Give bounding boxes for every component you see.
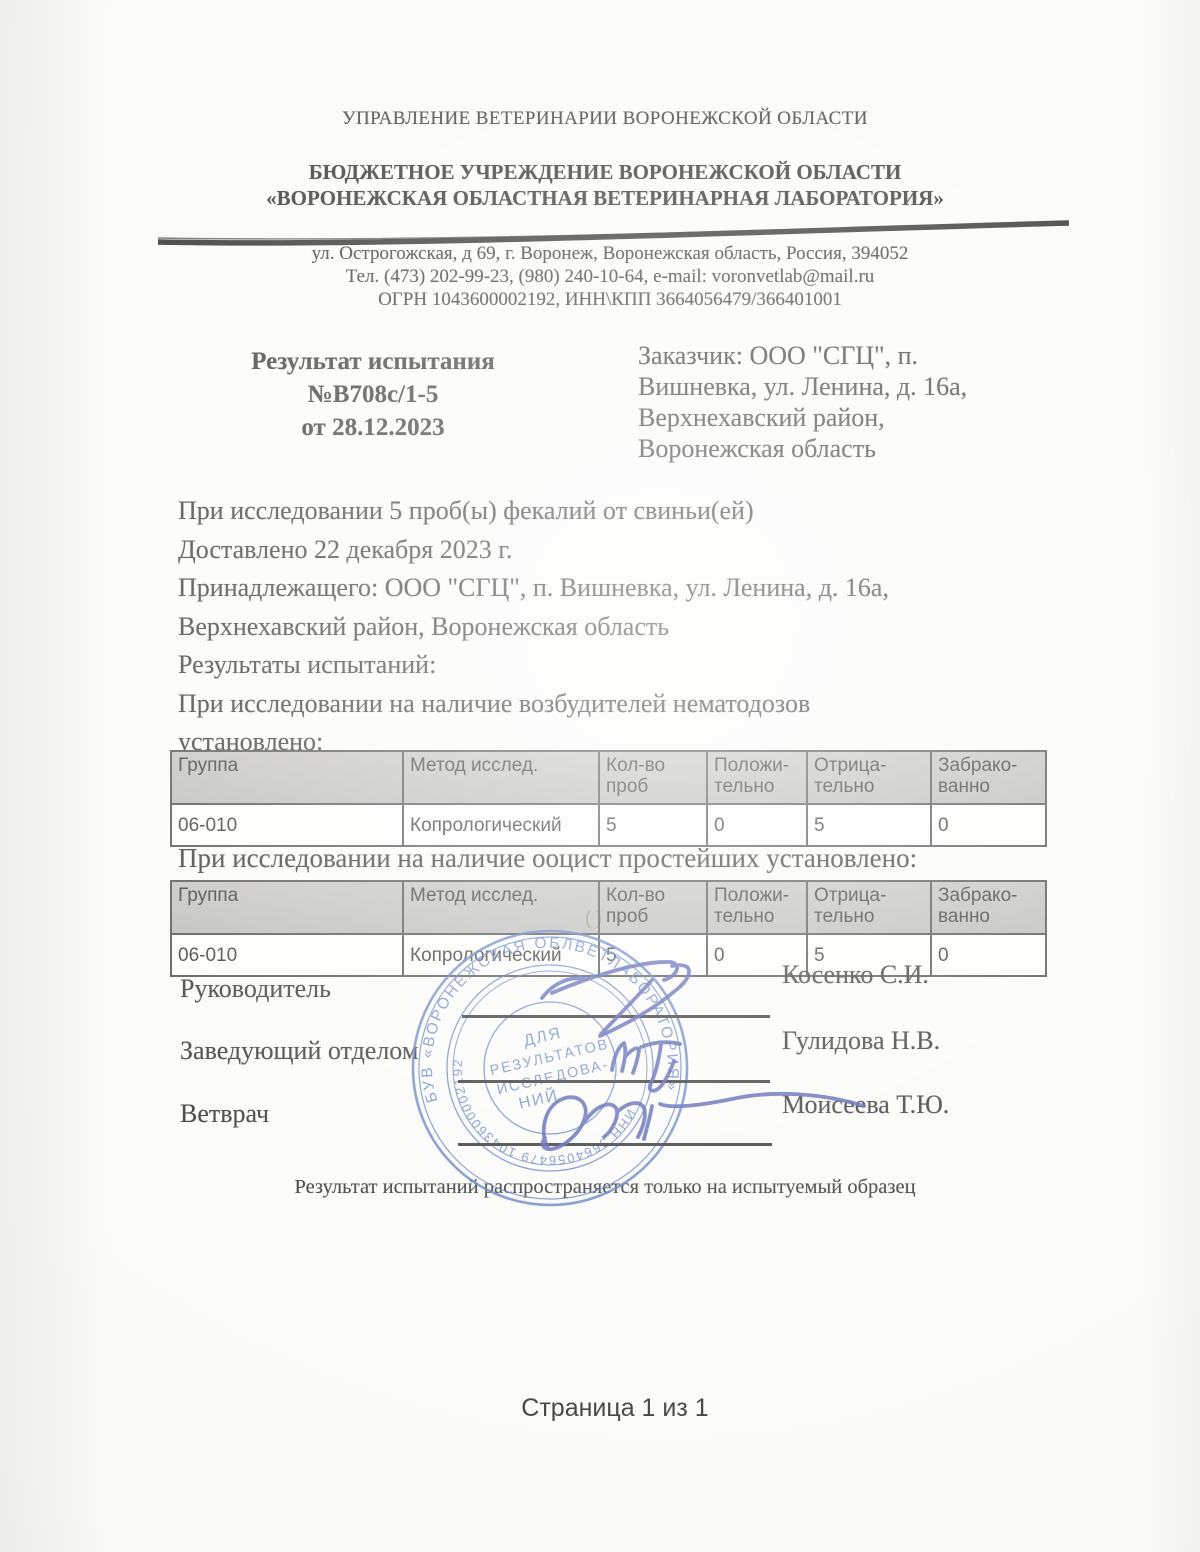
cell-sample-count: 5 bbox=[599, 804, 707, 846]
cell-rejected: 0 bbox=[931, 934, 1046, 976]
customer-line: Заказчик: ООО "СГЦ", п. bbox=[638, 340, 1028, 371]
stamp-center-line: ДЛЯ bbox=[522, 1025, 564, 1050]
cell-negative: 5 bbox=[807, 804, 931, 846]
body-line-owner-2: Верхнехавский район, Воронежская область bbox=[178, 608, 1078, 647]
cell-rejected: 0 bbox=[931, 804, 1046, 846]
result-title-block: Результат испытания №В708с/1-5 от 28.12.… bbox=[214, 345, 532, 444]
scanned-lab-report-page: УПРАВЛЕНИЕ ВЕТЕРИНАРИИ ВОРОНЕЖСКОЙ ОБЛАС… bbox=[0, 0, 1200, 1552]
cell-method: Копрологический bbox=[403, 804, 599, 846]
address-line: ул. Острогожская, д 69, г. Воронеж, Воро… bbox=[150, 243, 1070, 265]
body-line-delivered: Доставлено 22 декабря 2023 г. bbox=[178, 531, 1078, 570]
customer-line: Воронежская область bbox=[638, 433, 1028, 464]
body-line-samples: При исследовании 5 проб(ы) фекалий от св… bbox=[178, 492, 1078, 531]
oocysts-section-title: При исследовании на наличие ооцист прост… bbox=[178, 843, 917, 874]
nematodes-results-table: Группа Метод исслед. Кол-во проб Положи-… bbox=[170, 750, 1047, 847]
org-name-line1: БЮДЖЕТНОЕ УЧРЕЖДЕНИЕ ВОРОНЕЖСКОЙ ОБЛАСТИ bbox=[150, 160, 1060, 185]
body-line-results: Результаты испытаний: bbox=[178, 646, 1078, 685]
customer-line: Верхнехавский район, bbox=[638, 402, 1028, 433]
official-round-stamp: БУВ «ВОРОНЕЖСКАЯ ОБЛВЕТЛАБОРАТОРИЯ» ИНН … bbox=[380, 898, 720, 1238]
phone-line: Тел. (473) 202-99-23, (980) 240-10-64, e… bbox=[150, 266, 1070, 288]
column-header-group: Группа bbox=[171, 881, 403, 934]
signature-name-vet: Моисеева Т.Ю. bbox=[782, 1090, 949, 1120]
department-name: УПРАВЛЕНИЕ ВЕТЕРИНАРИИ ВОРОНЕЖСКОЙ ОБЛАС… bbox=[150, 108, 1060, 130]
body-line-nematodes-1: При исследовании на наличие возбудителей… bbox=[178, 685, 1078, 724]
signature-role-director: Руководитель bbox=[180, 974, 331, 1004]
customer-line: Вишневка, ул. Ленина, д. 16а, bbox=[638, 371, 1028, 402]
ogrn-line: ОГРН 1043600002192, ИНН\КПП 3664056479/3… bbox=[150, 289, 1070, 311]
result-title: Результат испытания bbox=[214, 345, 532, 378]
signature-line-dept-head bbox=[458, 1080, 770, 1083]
column-header-group: Группа bbox=[171, 751, 403, 804]
signature-name-director: Косенко С.И. bbox=[782, 960, 929, 990]
column-header-negative: Отрица- тельно bbox=[807, 751, 931, 804]
column-header-method: Метод исслед. bbox=[403, 751, 599, 804]
result-number: №В708с/1-5 bbox=[214, 378, 532, 411]
column-header-rejected: Забрако- ванно bbox=[931, 751, 1046, 804]
column-header-positive: Положи- тельно bbox=[707, 881, 807, 934]
column-header-rejected: Забрако- ванно bbox=[931, 881, 1046, 934]
body-line-owner-1: Принадлежащего: ООО "СГЦ", п. Вишневка, … bbox=[178, 569, 1078, 608]
table-row: 06-010 Копрологический 5 0 5 0 bbox=[171, 804, 1046, 846]
report-body: При исследовании 5 проб(ы) фекалий от св… bbox=[178, 492, 1078, 762]
page-number: Страница 1 из 1 bbox=[0, 1394, 1200, 1423]
cell-positive: 0 bbox=[707, 804, 807, 846]
column-header-negative: Отрица- тельно bbox=[807, 881, 931, 934]
customer-block: Заказчик: ООО "СГЦ", п. Вишневка, ул. Ле… bbox=[638, 340, 1028, 464]
signature-line-director bbox=[462, 1015, 770, 1018]
cell-group: 06-010 bbox=[171, 934, 403, 976]
org-name-line2: «ВОРОНЕЖСКАЯ ОБЛАСТНАЯ ВЕТЕРИНАРНАЯ ЛАБО… bbox=[150, 186, 1060, 211]
column-header-positive: Положи- тельно bbox=[707, 751, 807, 804]
signature-role-vet: Ветврач bbox=[180, 1099, 269, 1129]
cell-group: 06-010 bbox=[171, 804, 403, 846]
signature-name-dept-head: Гулидова Н.В. bbox=[782, 1026, 940, 1056]
column-header-sample-count: Кол-во проб bbox=[599, 751, 707, 804]
result-date: от 28.12.2023 bbox=[214, 411, 532, 444]
signature-line-vet bbox=[458, 1143, 772, 1146]
